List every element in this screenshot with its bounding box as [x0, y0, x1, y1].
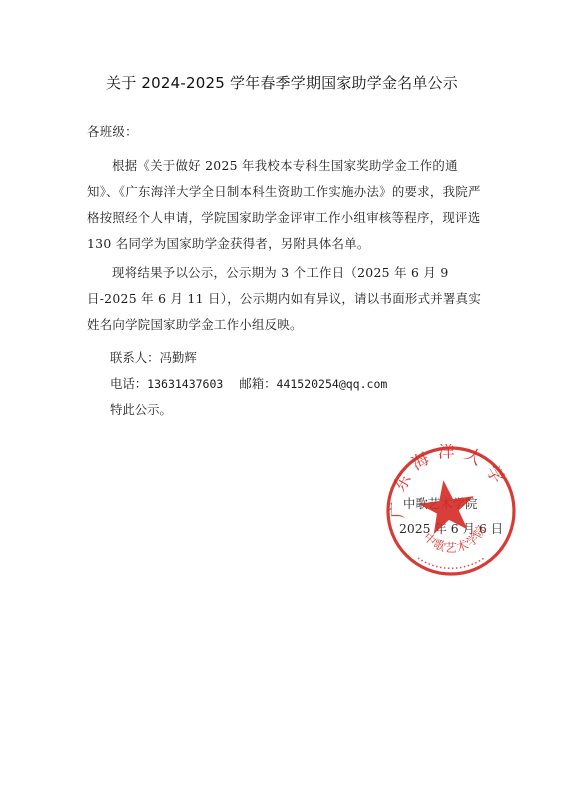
official-seal-icon: 广东海洋大学 中歌艺术学院	[384, 444, 518, 578]
contact-person-name: 冯勤辉	[160, 350, 197, 365]
contact-details: 电话：13631437603邮箱：441520254@qq.com	[110, 371, 387, 397]
document-title: 关于 2024-2025 学年春季学期国家助学金名单公示	[0, 72, 564, 93]
paragraph-basis: 根据《关于做好 2025 年我校本专科生国家奖助学金工作的通知》、《广东海洋大学…	[87, 153, 487, 257]
paragraph-announcement-period: 现将结果予以公示，公示期为 3 个工作日（2025 年 6 月 9 日-2025…	[87, 260, 487, 338]
closing-text: 特此公示。	[110, 397, 172, 423]
document-page: 关于 2024-2025 学年春季学期国家助学金名单公示 各班级： 根据《关于做…	[0, 0, 564, 800]
greeting: 各班级：	[87, 119, 487, 145]
email-label: 邮箱：	[239, 376, 276, 391]
contact-person: 联系人：冯勤辉	[110, 345, 197, 371]
email-address: 441520254@qq.com	[277, 377, 388, 391]
svg-text:中歌艺术学院: 中歌艺术学院	[421, 522, 490, 555]
phone-number: 13631437603	[147, 377, 223, 391]
phone-label: 电话：	[110, 376, 147, 391]
contact-person-label: 联系人：	[110, 350, 160, 365]
